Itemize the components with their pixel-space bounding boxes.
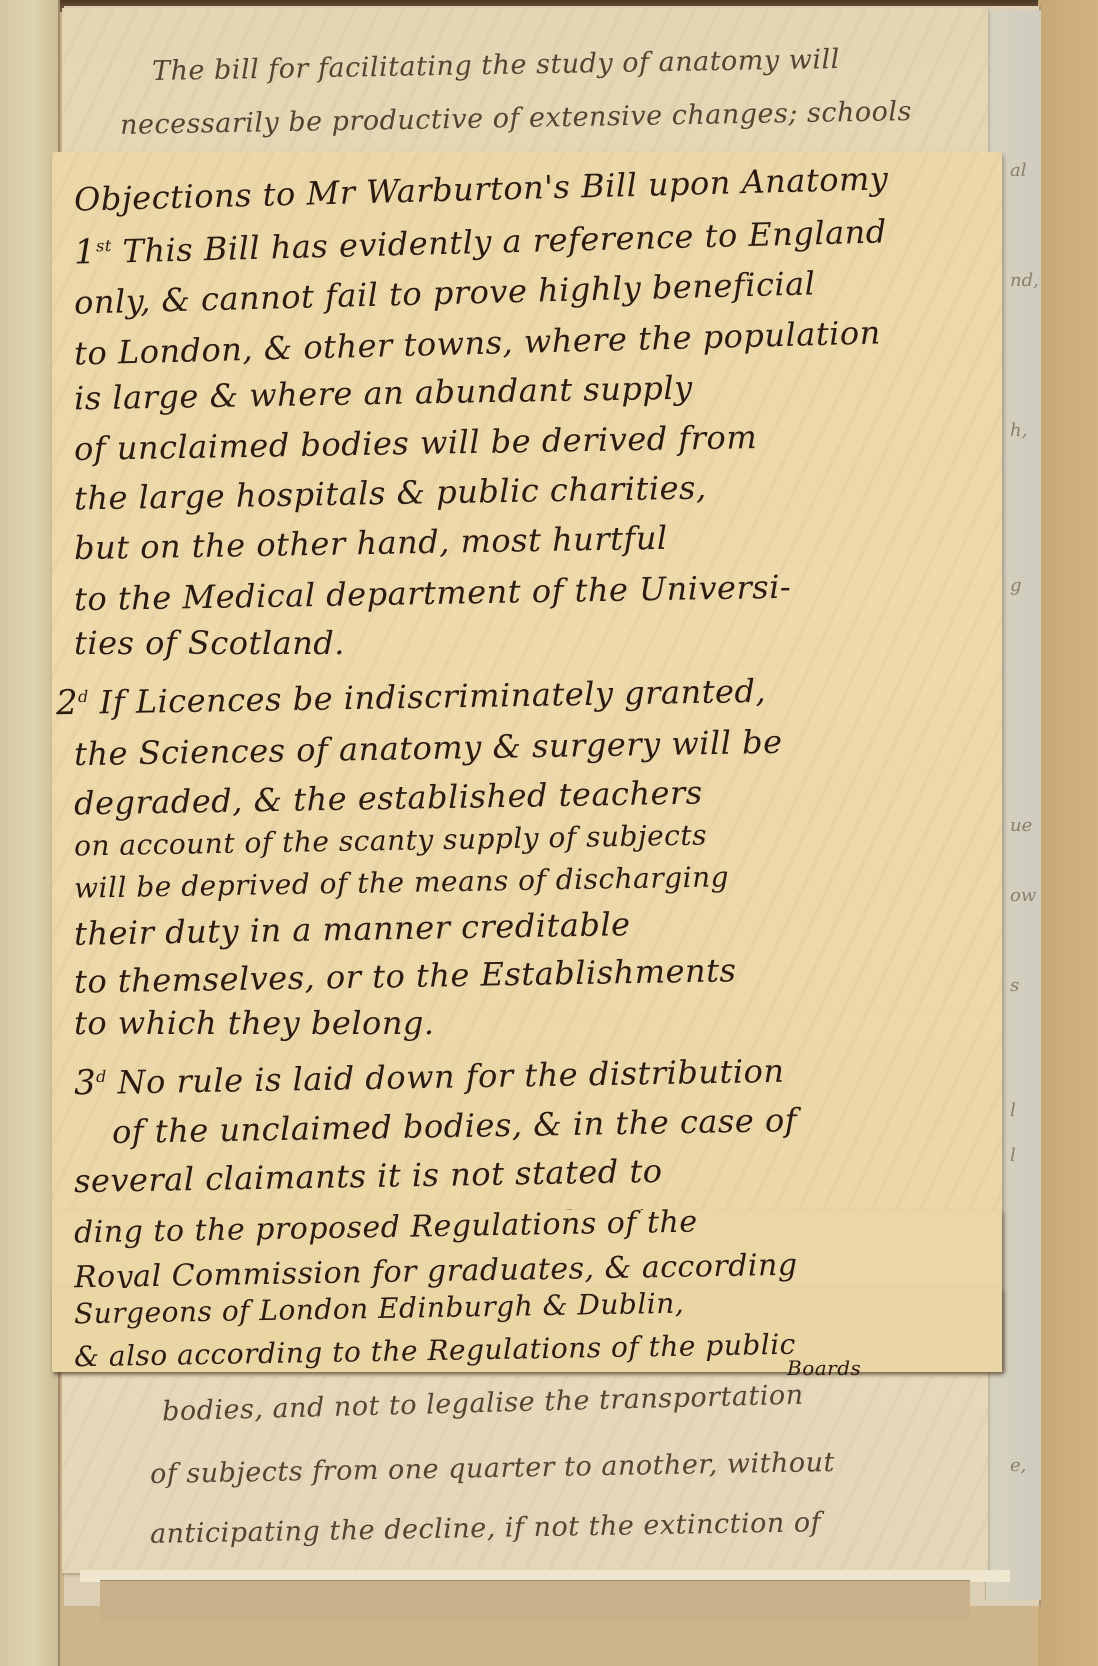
section-4-line-7: & also according to the Regulations of t… <box>74 1328 796 1374</box>
margin-bleed-4: g <box>1010 575 1022 596</box>
under-line-2: necessarily be productive of extensive c… <box>120 96 912 141</box>
section-text: This Bill has evidently a reference to E… <box>122 212 887 270</box>
margin-bleed-5: ue <box>1010 815 1032 836</box>
under-line-3: bodies, and not to legalise the transpor… <box>162 1380 804 1428</box>
section-number-suffix: d <box>96 1067 107 1086</box>
under-line-1: The bill for facilitating the study of a… <box>152 44 840 87</box>
section-2-line-8: to which they belong. <box>74 1004 435 1042</box>
section-text: If Licences be indiscriminately granted, <box>99 672 766 722</box>
section-2-line-6: their duty in a manner creditable <box>74 905 631 953</box>
margin-bleed-6: ow <box>1010 885 1036 906</box>
section-4-line-6: Surgeons of London Edinburgh & Dublin, <box>74 1287 685 1331</box>
section-3-line-2: of the unclaimed bodies, & in the case o… <box>112 1101 798 1151</box>
section-1-line-8: to the Medical department of the Univers… <box>74 568 792 619</box>
section-4-line-3: ding to the proposed Regulations of the <box>74 1205 698 1251</box>
section-number-suffix: st <box>96 236 112 255</box>
section-1-line-2: only, & cannot fail to prove highly bene… <box>74 264 816 321</box>
section-text: No rule is laid down for the distributio… <box>117 1052 784 1102</box>
objections-page-tail: Surgeons of London Edinburgh & Dublin, &… <box>52 1288 1002 1372</box>
margin-bleed-2: nd, <box>1010 270 1039 291</box>
section-1-line-6: the large hospitals & public charities, <box>74 468 707 517</box>
section-1-line-4: is large & where an abundant supply <box>74 369 693 418</box>
section-3-line-3: several claimants it is not stated to <box>74 1152 663 1200</box>
margin-bleed-3: h, <box>1010 420 1027 441</box>
section-1-line-9: ties of Scotland. <box>74 624 345 662</box>
insertion-boards: Boards <box>787 1356 861 1380</box>
margin-bleed-10: e, <box>1010 1455 1026 1476</box>
section-2-line-4: on account of the scanty supply of subje… <box>74 818 707 862</box>
section-2-line-5: will be deprived of the means of dischar… <box>74 860 730 904</box>
section-number-suffix: d <box>78 687 89 706</box>
section-2-line-3: degraded, & the established teachers <box>74 774 703 823</box>
section-1-line-1: 1st This Bill has evidently a reference … <box>74 211 888 272</box>
section-1-line-7: but on the other hand, most hurtful <box>74 519 668 567</box>
section-1-line-3: to London, & other towns, where the popu… <box>74 313 882 372</box>
right-margin-paper <box>1038 0 1098 1666</box>
margin-bleed-7: s <box>1010 975 1019 996</box>
margin-bleed-1: al <box>1010 160 1027 181</box>
under-line-5: anticipating the decline, if not the ext… <box>150 1507 822 1550</box>
section-2-line-1: 2d If Licences be indiscriminately grant… <box>56 671 767 723</box>
page-title: Objections to Mr Warburton's Bill upon A… <box>74 159 889 218</box>
section-2-line-2: the Sciences of anatomy & surgery will b… <box>74 723 783 773</box>
under-line-4: of subjects from one quarter to another,… <box>150 1447 835 1490</box>
margin-bleed-9: l <box>1010 1145 1016 1166</box>
torn-paper-strip <box>100 1580 970 1621</box>
section-2-line-7: to themselves, or to the Establishments <box>74 951 737 1001</box>
book-binding <box>0 0 60 1666</box>
section-number: 3 <box>74 1063 97 1103</box>
objections-page: Objections to Mr Warburton's Bill upon A… <box>52 152 1002 1370</box>
section-1-line-5: of unclaimed bodies will be derived from <box>74 418 758 468</box>
section-3-line-1: 3d No rule is laid down for the distribu… <box>74 1051 785 1103</box>
section-number: 2 <box>56 683 79 723</box>
margin-bleed-8: l <box>1010 1100 1016 1121</box>
section-number: 1 <box>74 232 97 273</box>
